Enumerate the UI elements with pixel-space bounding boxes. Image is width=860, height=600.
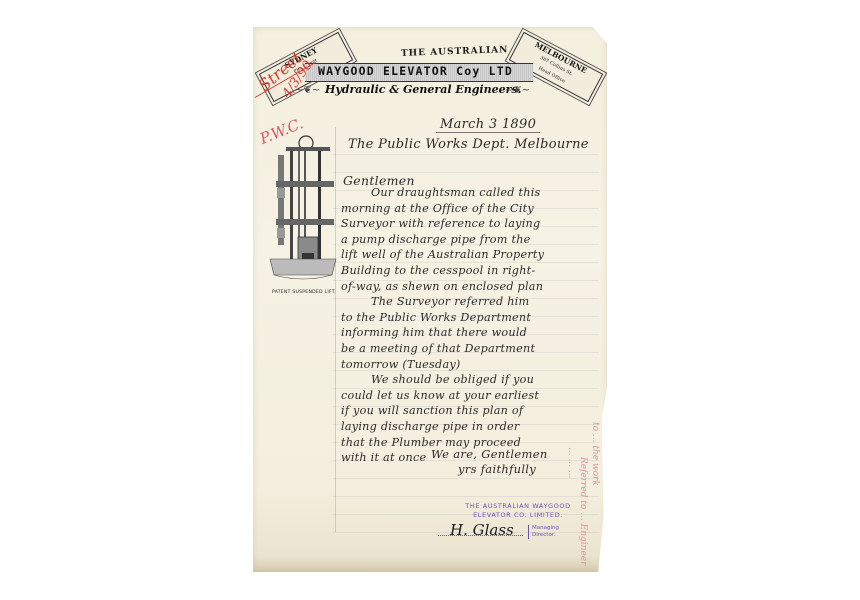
company-stamp: THE AUSTRALIAN WAYGOOD ELEVATOR CO. LIMI… [448, 502, 588, 520]
letter-body: Our draughtsman called thismorning at th… [341, 185, 603, 466]
letter-line: if you will sanction this plan of [341, 403, 603, 419]
letter-line: morning at the Office of the City [341, 201, 603, 217]
stamp-line-1: THE AUSTRALIAN WAYGOOD [448, 502, 588, 511]
letter-page: SYDNEY Pitt Street MELBOURNE 387 Collins… [253, 27, 607, 572]
letter-line: be a meeting of that Department [341, 341, 603, 357]
letter-line: Building to the cesspool in right- [341, 263, 603, 279]
valediction: yrs faithfully [458, 462, 536, 476]
signatory-role: Managing Director. [528, 525, 572, 539]
letter-line: The Surveyor referred him [341, 294, 603, 310]
letter-line: a pump discharge pipe from the [341, 232, 603, 248]
letter-line: lift well of the Australian Property [341, 247, 603, 263]
role-line-2: Director. [532, 532, 572, 539]
letter-line: tomorrow (Tuesday) [341, 357, 603, 373]
pink-margin-note: ... ... ... [566, 447, 576, 478]
letter-line: We should be obliged if you [341, 372, 603, 388]
letter-date: March 3 1890 [436, 117, 540, 133]
letter-line: laying discharge pipe in order [341, 419, 603, 435]
letterhead-top-line: THE AUSTRALIAN [401, 45, 509, 59]
company-subtitle: Hydraulic & General Engineers. [325, 83, 521, 96]
pink-margin-note: to ... the work [590, 422, 600, 486]
letter-line: informing him that there would [341, 325, 603, 341]
illustration-caption: PATENT SUSPENDED LIFT. [268, 290, 340, 295]
closing: We are, Gentlemen [431, 447, 548, 461]
paper-stain [253, 556, 607, 572]
signature: H. Glass [450, 521, 514, 539]
pink-margin-note: Referred to ... Engineer [578, 457, 588, 565]
letter-line: Our draughtsman called this [341, 185, 603, 201]
flourish-right-icon: ~❦~ [505, 85, 530, 96]
elevator-illustration-icon [268, 133, 338, 283]
letter-line: could let us know at your earliest [341, 388, 603, 404]
role-line-1: Managing [532, 525, 572, 532]
stamp-line-2: ELEVATOR CO. LIMITED. [448, 511, 588, 520]
letter-line: of-way, as shewn on enclosed plan [341, 279, 603, 295]
company-name: WAYGOOD ELEVATOR Coy LTD [318, 64, 513, 78]
addressee: The Public Works Dept. Melbourne [348, 137, 589, 152]
letter-line: to the Public Works Department [341, 310, 603, 326]
letter-line: Surveyor with reference to laying [341, 216, 603, 232]
